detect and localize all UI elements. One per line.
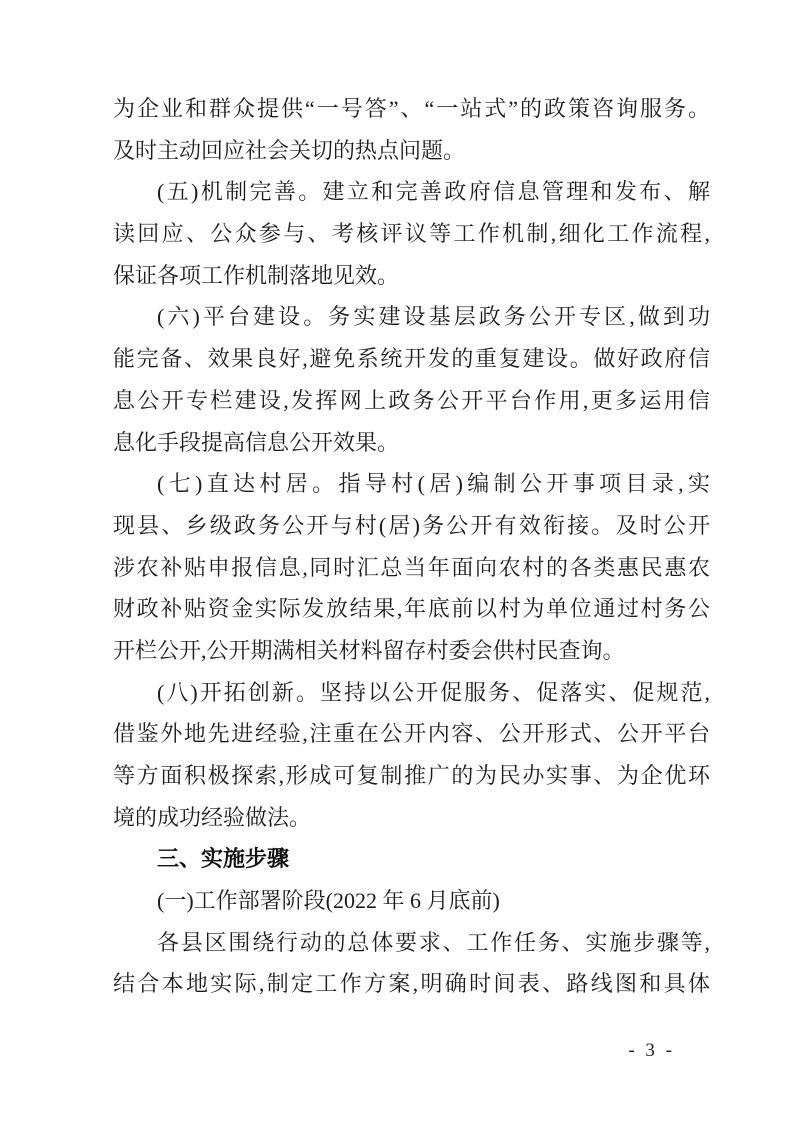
text-line: (六)平台建设。务实建设基层政务公开专区,做到功: [113, 296, 710, 338]
text-line: 现县、乡级政务公开与村(居)务公开有效衔接。及时公开: [113, 505, 710, 547]
text-line: 结合本地实际,制定工作方案,明确时间表、路线图和具体: [113, 963, 710, 1005]
text-line: 境的成功经验做法。: [113, 797, 710, 839]
text-line: 涉农补贴申报信息,同时汇总当年面向农村的各类惠民惠农: [113, 547, 710, 589]
text-line: 及时主动回应社会关切的热点问题。: [113, 130, 710, 172]
text-line: 各县区围绕行动的总体要求、工作任务、实施步骤等,: [113, 922, 710, 964]
section-heading: 三、实施步骤: [113, 838, 710, 880]
text-line: 财政补贴资金实际发放结果,年底前以村为单位通过村务公: [113, 588, 710, 630]
text-line: (八)开拓创新。坚持以公开促服务、促落实、促规范,: [113, 672, 710, 714]
text-line: 能完备、效果良好,避免系统开发的重复建设。做好政府信: [113, 338, 710, 380]
document-page: 为企业和群众提供“一号答”、“一站式”的政策咨询服务。及时主动回应社会关切的热点…: [0, 0, 793, 1122]
text-line: (七)直达村居。指导村(居)编制公开事项目录,实: [113, 463, 710, 505]
text-line: 保证各项工作机制落地见效。: [113, 255, 710, 297]
text-line: (一)工作部署阶段(2022 年 6 月底前): [113, 880, 710, 922]
page-number: - 3 -: [0, 1040, 675, 1062]
text-line: 等方面积极探索,形成可复制推广的为民办实事、为企优环: [113, 755, 710, 797]
text-line: 借鉴外地先进经验,注重在公开内容、公开形式、公开平台: [113, 713, 710, 755]
text-line: 读回应、公众参与、考核评议等工作机制,细化工作流程,: [113, 213, 710, 255]
text-line: (五)机制完善。建立和完善政府信息管理和发布、解: [113, 171, 710, 213]
text-line: 息公开专栏建设,发挥网上政务公开平台作用,更多运用信: [113, 380, 710, 422]
text-line: 为企业和群众提供“一号答”、“一站式”的政策咨询服务。: [113, 88, 710, 130]
text-line: 息化手段提高信息公开效果。: [113, 422, 710, 464]
document-body: 为企业和群众提供“一号答”、“一站式”的政策咨询服务。及时主动回应社会关切的热点…: [113, 88, 710, 1005]
text-line: 开栏公开,公开期满相关材料留存村委会供村民查询。: [113, 630, 710, 672]
